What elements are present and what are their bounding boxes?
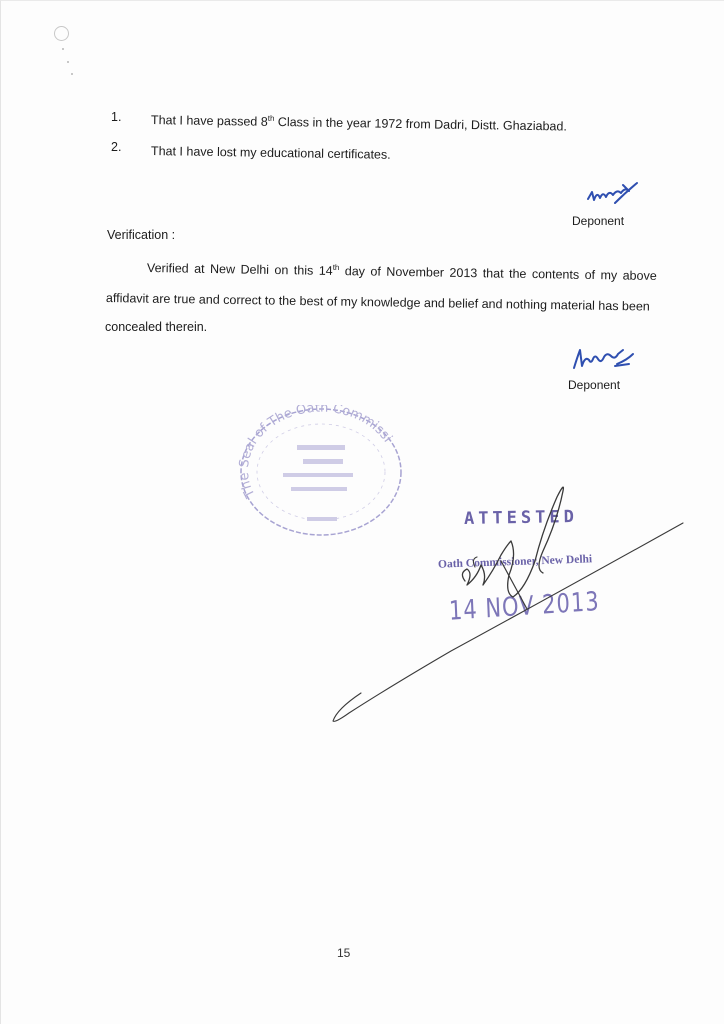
deponent-label: Deponent (572, 214, 624, 228)
deponent-signature-2 (571, 344, 637, 374)
item-text: That I have lost my educational certific… (151, 144, 391, 162)
scan-speck (62, 48, 64, 50)
verification-line-1: Verified at New Delhi on this 14th day o… (147, 260, 657, 283)
scan-speck (67, 61, 69, 63)
item-text-part: That I have passed 8 (151, 113, 268, 129)
punch-hole-mark (54, 26, 69, 41)
deponent-signature-1 (585, 179, 641, 211)
document-page: 1. That I have passed 8th Class in the y… (0, 0, 724, 1024)
verification-heading: Verification : (107, 228, 175, 242)
verification-line-3: concealed therein. (105, 320, 207, 334)
deponent-label: Deponent (568, 378, 620, 392)
verification-line-2: affidavit are true and correct to the be… (106, 291, 650, 314)
item-text-part: Class in the year 1972 from Dadri, Distt… (274, 115, 567, 134)
page-number: 15 (337, 946, 350, 960)
verification-text-part: day of November 2013 that the contents o… (339, 264, 657, 283)
item-number: 2. (111, 140, 121, 154)
verification-text-part: Verified at New Delhi on this 14 (147, 261, 333, 278)
scan-speck (71, 73, 73, 75)
item-number: 1. (111, 110, 121, 124)
item-text: That I have passed 8th Class in the year… (151, 112, 567, 134)
oath-commissioner-signature (331, 481, 691, 731)
